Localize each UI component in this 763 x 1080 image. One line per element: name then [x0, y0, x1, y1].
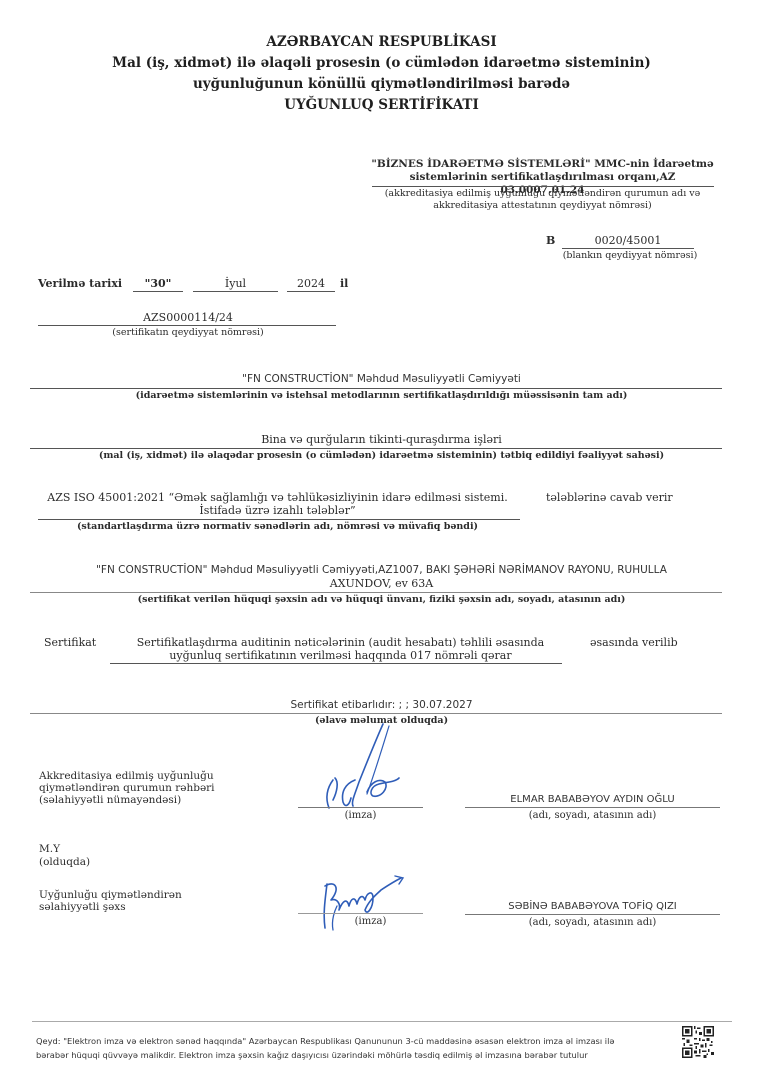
assessor-signatory-label: Uyğunluğu qiymətləndirən səlahiyyətli şə… — [39, 889, 182, 913]
validity-value: Sertifikat etibarlıdır: ; ; 30.07.2027 — [0, 699, 763, 712]
head-name-underline — [465, 807, 720, 808]
registration-underline — [38, 325, 336, 326]
assessor-name-caption: (adı, soyadı, atasının adı) — [465, 917, 720, 929]
assessor-signature-image — [315, 870, 415, 940]
stamp-condition: (olduqda) — [39, 856, 90, 869]
stamp-placeholder: M.Y (olduqda) — [39, 843, 90, 869]
assessor-signature-underline — [298, 913, 423, 914]
certifying-body-line1: "BİZNES İDARƏETMƏ SİSTEMLƏRİ" MMC-nin İd… — [370, 158, 715, 171]
footer-note-line1: Qeyd: "Elektron imza və elektron sənəd h… — [36, 1034, 656, 1048]
blank-underline — [562, 248, 694, 249]
standard-caption: (standartlaşdırma üzrə normativ sənədlər… — [35, 521, 520, 533]
issue-month: İyul — [193, 277, 278, 290]
scope-value: Bina və qurğuların tikinti-quraşdırma iş… — [0, 433, 763, 446]
holder-underline — [30, 592, 722, 593]
head-signatory-label-1: Akkreditasiya edilmiş uyğunluğu — [39, 770, 215, 782]
assessor-name-underline — [465, 914, 720, 915]
holder-line1: "FN CONSTRUCTİON" Məhdud Məsuliyyətli Cə… — [20, 564, 743, 577]
holder-value: "FN CONSTRUCTİON" Məhdud Məsuliyyətli Cə… — [20, 564, 743, 590]
issue-day-underline — [133, 291, 183, 292]
basis-label: Sertifikat — [44, 636, 96, 649]
head-signatory-label-3: (səlahiyyətli nümayəndəsi) — [39, 794, 215, 806]
basis-line1: Sertifikatlaşdırma auditinin nəticələrin… — [118, 636, 563, 649]
head-signature-caption: (imza) — [298, 810, 423, 822]
header-subtitle-2: uyğunluğunun könüllü qiymətləndirilməsi … — [0, 74, 763, 95]
issue-day: "30" — [133, 277, 183, 290]
footer-divider — [32, 1021, 732, 1022]
footer-note-line2: bərabər hüquqi qüvvəyə malikdir. Elektro… — [36, 1048, 656, 1062]
head-signatory-label: Akkreditasiya edilmiş uyğunluğu qiymətlə… — [39, 770, 215, 806]
blank-caption: (blankın qeydiyyat nömrəsi) — [560, 250, 700, 262]
holder-caption: (sertifikat verilən hüquqi şəxsin adı və… — [0, 594, 763, 606]
standard-line2: İstifadə üzrə izahlı tələblər” — [35, 504, 520, 517]
head-signature-image — [315, 722, 425, 812]
standard-line1: AZS ISO 45001:2021 “Əmək sağlamlığı və t… — [35, 491, 520, 504]
basis-suffix: əsasında verilib — [590, 636, 678, 649]
assessor-label-2: səlahiyyətli şəxs — [39, 901, 182, 913]
certifying-body-caption: (akkreditasiya edilmiş uyğunluğu qiymətl… — [370, 188, 715, 212]
basis-line2: uyğunluq sertifikatının verilməsi haqqın… — [118, 649, 563, 662]
basis-value: Sertifikatlaşdırma auditinin nəticələrin… — [118, 636, 563, 662]
footer-note: Qeyd: "Elektron imza və elektron sənəd h… — [36, 1034, 656, 1062]
blank-prefix: B — [546, 234, 555, 247]
issue-date-label: Verilmə tarixi — [38, 277, 122, 290]
standard-underline — [38, 519, 520, 520]
issue-year: 2024 — [287, 277, 335, 290]
assessor-label-1: Uyğunluğu qiymətləndirən — [39, 889, 182, 901]
issue-year-suffix: il — [340, 277, 348, 290]
basis-underline — [110, 663, 562, 664]
head-signature-underline — [298, 807, 423, 808]
organization-caption: (idarəetmə sistemlərinin və istehsal met… — [0, 390, 763, 402]
blank-number: 0020/45001 — [562, 234, 694, 247]
issue-month-underline — [193, 291, 278, 292]
scope-underline — [30, 448, 722, 449]
header-subtitle-1: Mal (iş, xidmət) ilə əlaqəli prosesin (o… — [0, 53, 763, 74]
standard-value: AZS ISO 45001:2021 “Əmək sağlamlığı və t… — [35, 491, 520, 517]
document-title: UYĞUNLUQ SERTİFİKATI — [0, 95, 763, 116]
certifying-body-caption-1: (akkreditasiya edilmiş uyğunluğu qiymətl… — [370, 188, 715, 200]
certifying-body-underline — [372, 186, 714, 187]
scope-caption: (mal (iş, xidmət) ilə əlaqədar prosesin … — [0, 450, 763, 462]
document-header: AZƏRBAYCAN RESPUBLİKASI Mal (iş, xidmət)… — [0, 32, 763, 116]
standard-suffix: tələblərinə cavab verir — [546, 491, 673, 504]
certifying-body-caption-2: akkreditasiya attestatının qeydiyyat nöm… — [370, 200, 715, 212]
organization-underline — [30, 388, 722, 389]
head-signatory-label-2: qiymətləndirən qurumun rəhbəri — [39, 782, 215, 794]
registration-caption: (sertifikatın qeydiyyat nömrəsi) — [38, 327, 338, 339]
organization-name: "FN CONSTRUCTİON" Məhdud Məsuliyyətli Cə… — [0, 373, 763, 386]
holder-line2: AXUNDOV, ev 63A — [20, 577, 743, 590]
validity-underline — [30, 713, 722, 714]
assessor-signature-caption: (imza) — [318, 916, 423, 928]
head-name-caption: (adı, soyadı, atasının adı) — [465, 810, 720, 822]
qr-code-icon[interactable] — [682, 1026, 714, 1058]
registration-number: AZS0000114/24 — [38, 311, 338, 324]
assessor-signatory-name: SƏBİNƏ BABABƏYOVA TOFİQ QIZI — [465, 900, 720, 913]
header-country: AZƏRBAYCAN RESPUBLİKASI — [0, 32, 763, 53]
stamp-label: M.Y — [39, 843, 90, 856]
issue-year-underline — [287, 291, 335, 292]
head-signatory-name: ELMAR BABABƏYOV AYDIN OĞLU — [465, 793, 720, 806]
